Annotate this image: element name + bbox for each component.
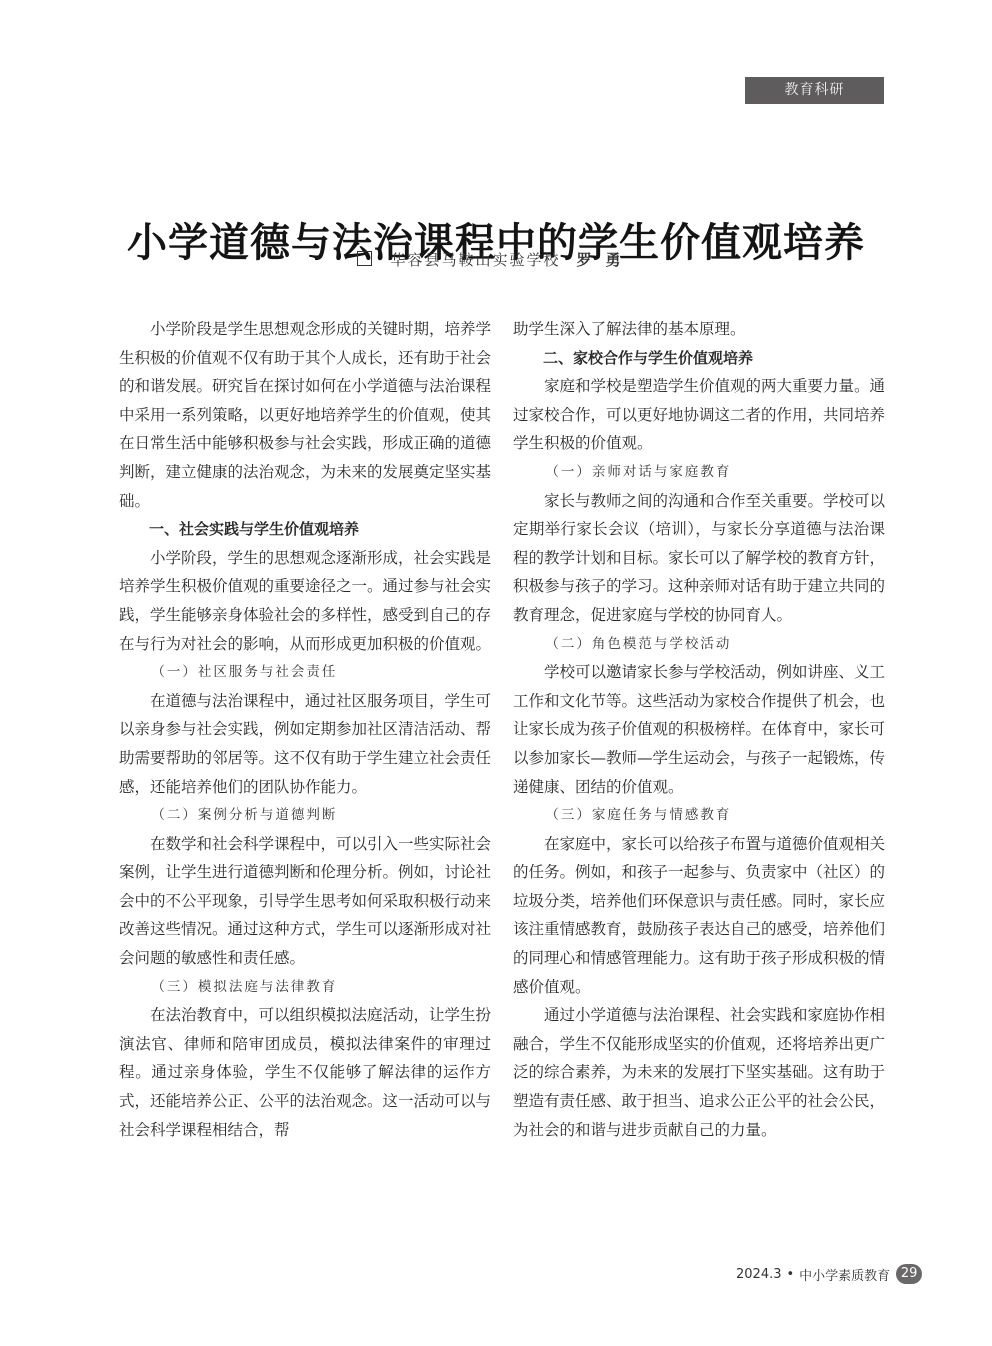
subsection-heading: （一）亲师对话与家庭教育 [513,458,885,487]
subsection-heading: （三）模拟法庭与法律教育 [119,973,491,1002]
paragraph: 在数学和社会科学课程中，可以引入一些实际社会案例，让学生进行道德判断和伦理分析。… [119,830,491,973]
subsection-heading: （二）角色模范与学校活动 [513,630,885,659]
left-column: 小学阶段是学生思想观念形成的关键时期，培养学生积极的价值观不仅有助于其个人成长，… [119,315,491,1144]
paragraph: 在家庭中，家长可以给孩子布置与道德价值观相关的任务。例如，和孩子一起参与、负责家… [513,830,885,1002]
page-number: 29 [896,1264,922,1284]
author-affiliation: 华容县马鞍山实验学校 [390,251,560,269]
paragraph: 家长与教师之间的沟通和合作至关重要。学校可以定期举行家长会议（培训），与家长分享… [513,487,885,630]
section-heading: 二、家校合作与学生价值观培养 [513,344,885,373]
journal-name: 中小学素质教育 [799,1265,890,1284]
paragraph-continuation: 助学生深入了解法律的基本原理。 [513,315,885,344]
subsection-heading: （二）案例分析与道德判断 [119,801,491,830]
square-icon [357,251,372,266]
paragraph: 通过小学道德与法治课程、社会实践和家庭协作相融合，学生不仅能形成坚实的价值观，还… [513,1001,885,1144]
paragraph: 在法治教育中，可以组织模拟法庭活动，让学生扮演法官、律师和陪审团成员，模拟法律案… [119,1001,491,1144]
paragraph: 小学阶段，学生的思想观念逐渐形成，社会实践是培养学生积极价值观的重要途径之一。通… [119,544,491,658]
author-name: 罗勇 [577,251,635,269]
paragraph: 小学阶段是学生思想观念形成的关键时期，培养学生积极的价值观不仅有助于其个人成长，… [119,315,491,515]
issue-date: 2024.3 [736,1267,782,1282]
subsection-heading: （一）社区服务与社会责任 [119,658,491,687]
page-footer: 2024.3 • 中小学素质教育 29 [736,1264,922,1284]
paragraph: 家庭和学校是塑造学生价值观的两大重要力量。通过家校合作，可以更好地协调这二者的作… [513,372,885,458]
paragraph: 在道德与法治课程中，通过社区服务项目，学生可以亲身参与社会实践，例如定期参加社区… [119,687,491,801]
section-heading: 一、社会实践与学生价值观培养 [119,515,491,544]
paragraph: 学校可以邀请家长参与学校活动，例如讲座、义工工作和文化节等。这些活动为家校合作提… [513,658,885,801]
subsection-heading: （三）家庭任务与情感教育 [513,801,885,830]
byline: 华容县马鞍山实验学校罗勇 [0,249,992,270]
separator-dot: • [787,1267,795,1282]
section-tag: 教育科研 [745,77,884,104]
right-column: 助学生深入了解法律的基本原理。 二、家校合作与学生价值观培养 家庭和学校是塑造学… [513,315,885,1144]
